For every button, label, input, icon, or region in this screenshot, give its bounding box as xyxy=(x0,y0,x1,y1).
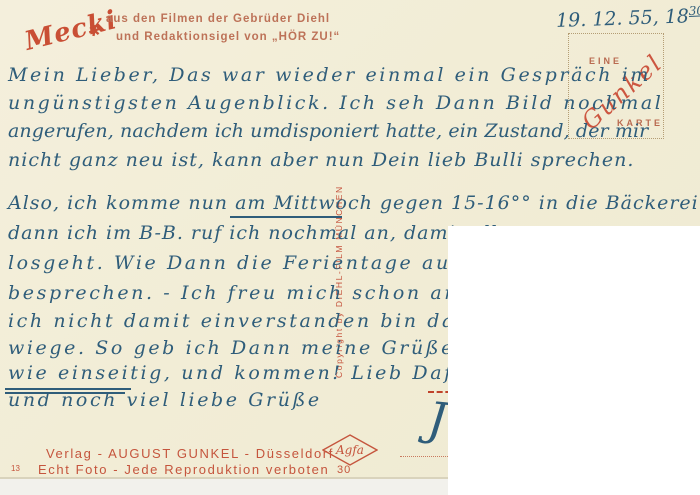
redaction-overlay xyxy=(448,226,700,495)
letter-line: dann ich im B-B. ruf ich nochmal an, dam… xyxy=(8,222,521,244)
letter-line: Also, ich komme nun am Mittwoch gegen 15… xyxy=(8,192,700,214)
date-main: 19. 12. 55, 18 xyxy=(556,5,690,32)
signature-flourish: J xyxy=(425,391,449,447)
red-dotted-line xyxy=(400,456,448,457)
letter-line: ich nicht damit einverstanden bin dass d… xyxy=(8,310,519,332)
letter-line: angerufen, nachdem ich umdisponiert hatt… xyxy=(8,120,648,142)
einseitig-underline-1 xyxy=(5,388,131,390)
letter-line: ungünstigsten Augenblick. Ich seh Dann B… xyxy=(8,92,663,114)
letter-line: nicht ganz neu ist, kann aber nun Dein l… xyxy=(8,149,634,171)
header-print-line2: und Redaktionsigel von „HÖR ZU!“ xyxy=(116,31,340,43)
handwritten-date: 19. 12. 55, 1830 xyxy=(556,3,700,31)
echt-foto-line: Echt Foto - Jede Reproduktion verboten xyxy=(38,462,329,477)
agfa-logo-text: Agfa xyxy=(335,443,364,457)
letter-line: losgeht. Wie Dann die Ferientage auf sic… xyxy=(8,252,518,274)
date-superscript: 30 xyxy=(689,3,700,18)
letter-line: wiege. So geb ich Dann meine Grüße n xyxy=(8,337,478,359)
publisher-line: Verlag - AUGUST GUNKEL - Düsseldorf xyxy=(46,446,334,461)
print-number-30: 30 xyxy=(337,464,351,476)
header-print-line1: aus den Filmen der Gebrüder Diehl xyxy=(106,13,330,25)
letter-line: Mein Lieber, Das war wieder einmal ein G… xyxy=(8,64,651,86)
letter-line: wie einseitig, und kommen! Lieb Dafür, xyxy=(8,362,487,384)
plate-number: 13 xyxy=(11,464,20,473)
postcard-scan: Mecki ✱ aus den Filmen der Gebrüder Dieh… xyxy=(0,0,700,495)
mittwoch-underline xyxy=(230,216,342,218)
einseitig-underline-2 xyxy=(5,392,125,394)
